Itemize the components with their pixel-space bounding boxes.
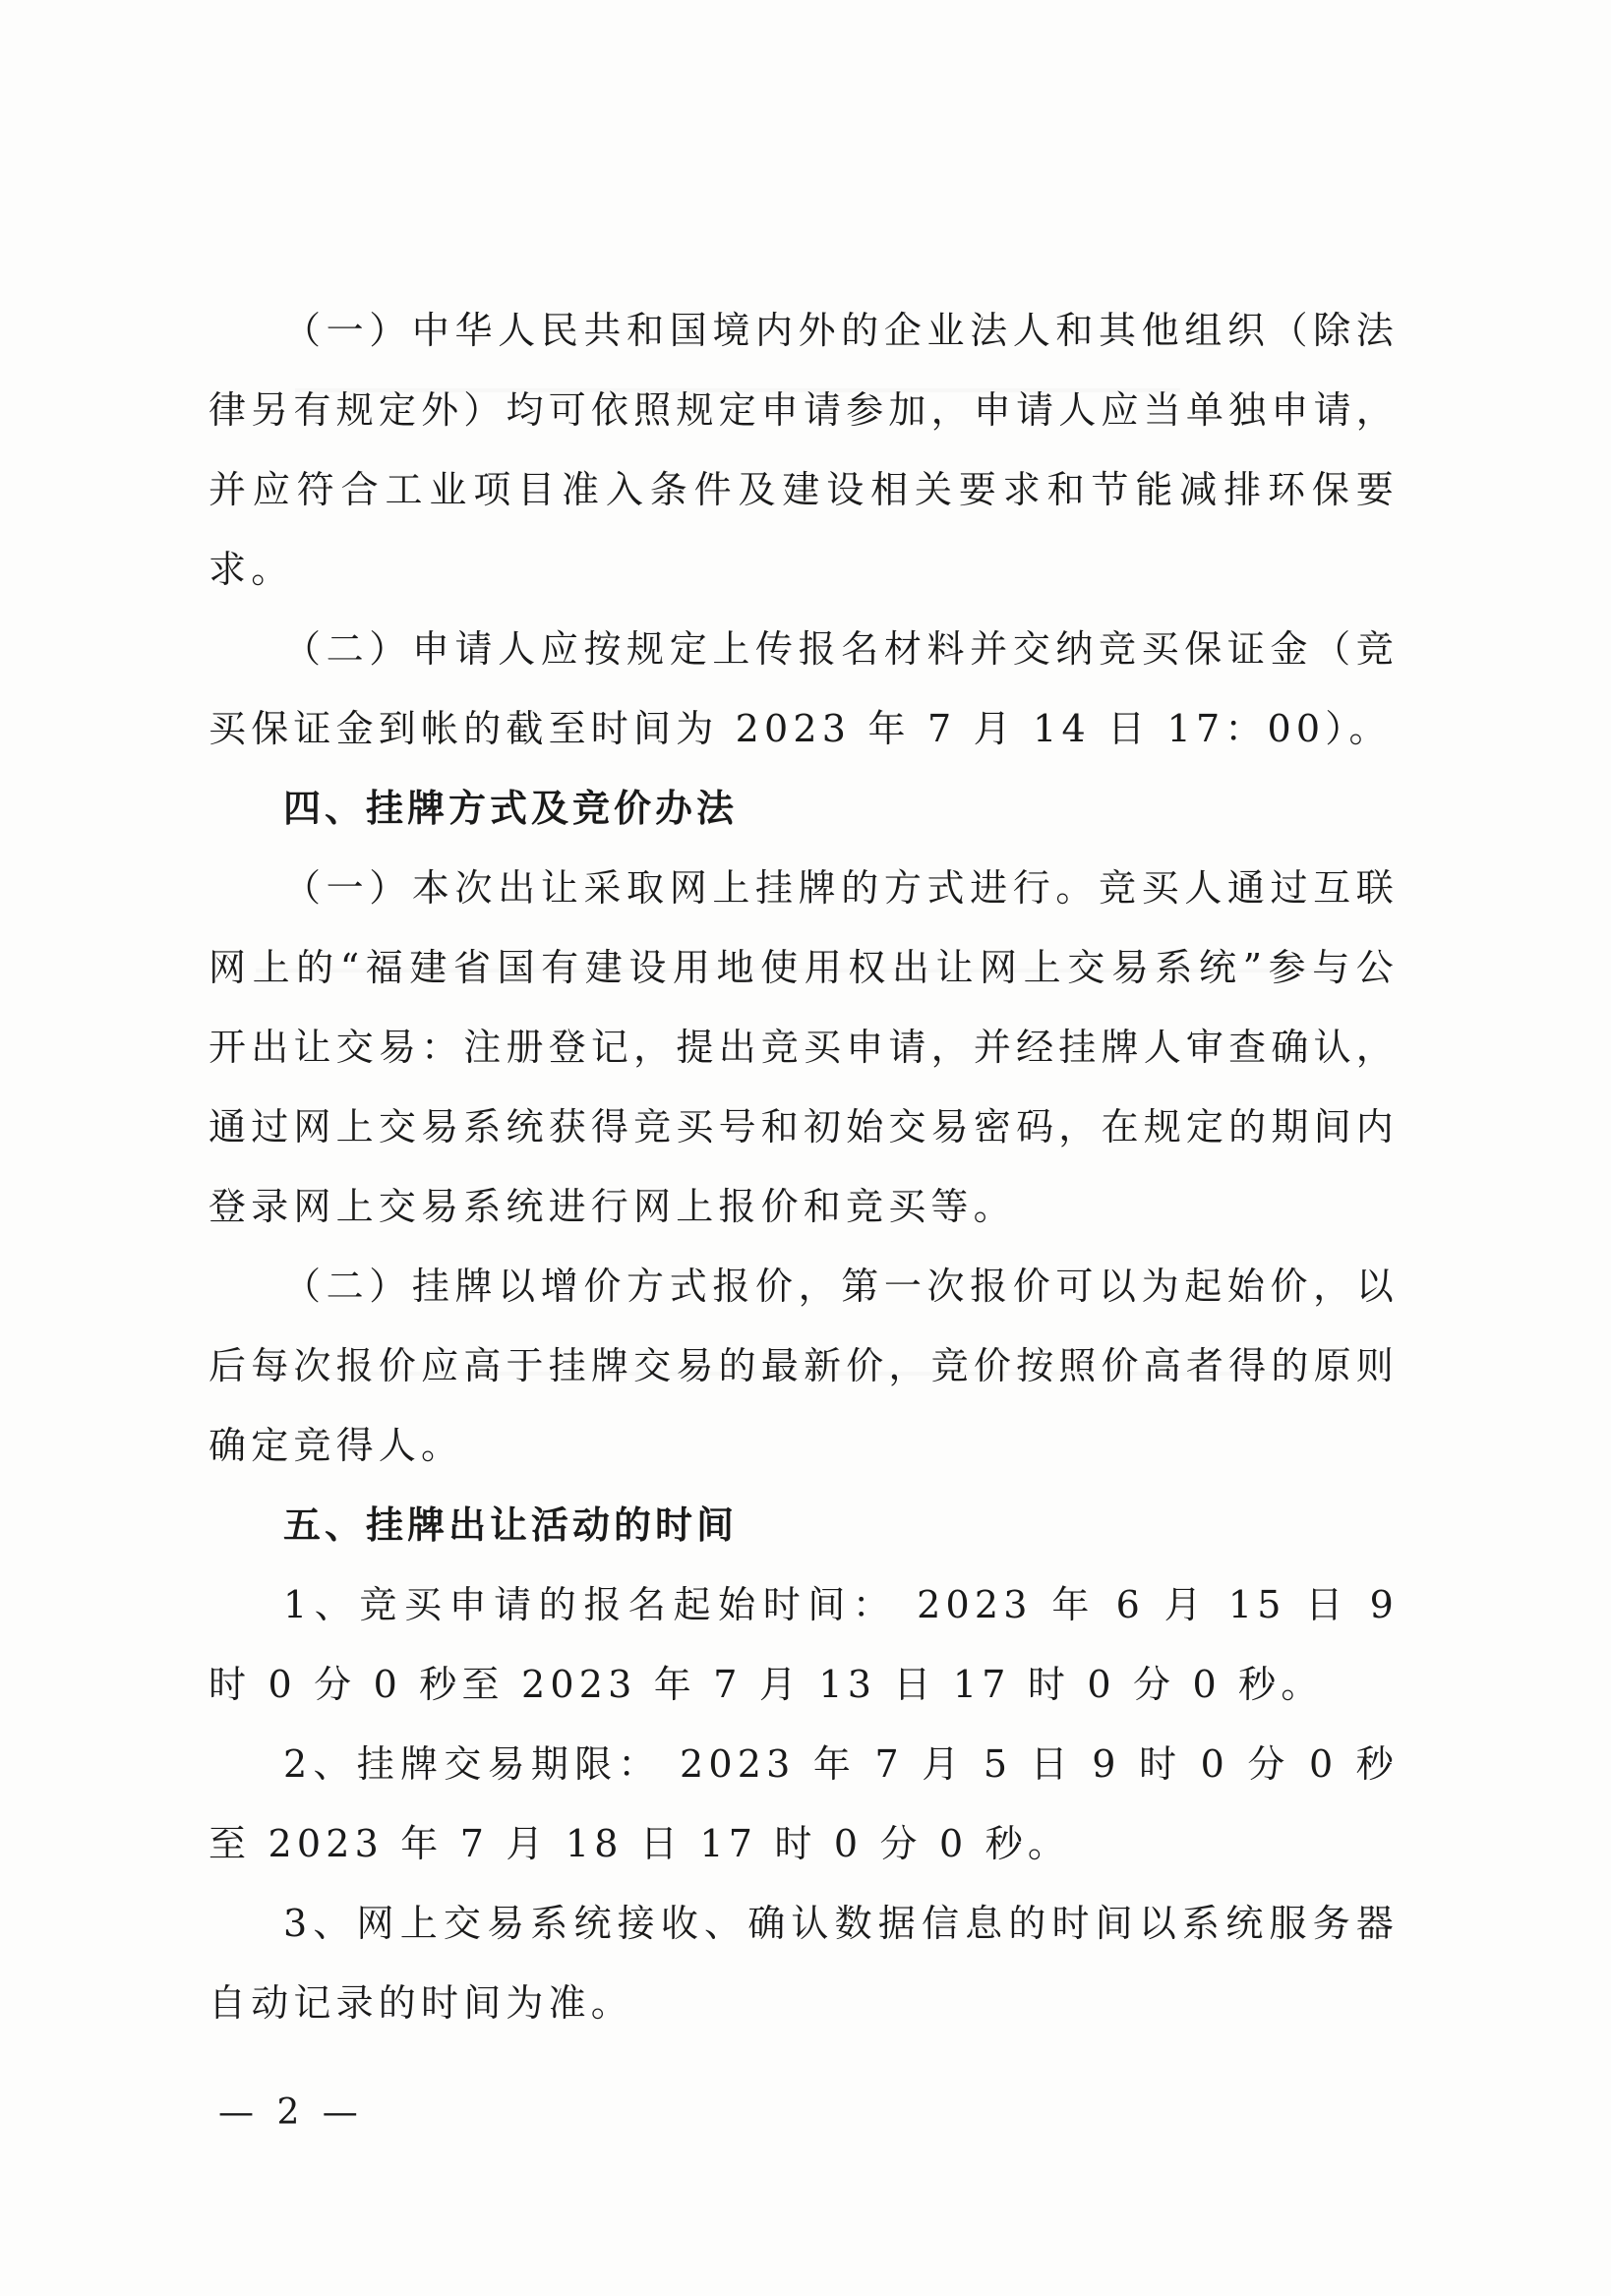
paragraph-server-time: 3、网上交易系统接收、确认数据信息的时间以系统服务器自动记录的时间为准。 <box>209 1884 1399 2043</box>
paragraph-bidding-rule: （二）挂牌以增价方式报价，第一次报价可以为起始价，以后每次报价应高于挂牌交易的最… <box>209 1247 1399 1486</box>
paragraph-deposit-deadline: （二）申请人应按规定上传报名材料并交纳竞买保证金（竞买保证金到帐的截至时间为 2… <box>209 610 1399 769</box>
paragraph-registration-period: 1、竞买申请的报名起始时间： 2023 年 6 月 15 日 9 时 0 分 0… <box>209 1565 1399 1725</box>
paragraph-applicant-eligibility: （一）中华人民共和国境内外的企业法人和其他组织（除法律另有规定外）均可依照规定申… <box>209 291 1399 610</box>
paragraph-online-listing: （一）本次出让采取网上挂牌的方式进行。竞买人通过互联网上的“福建省国有建设用地使… <box>209 849 1399 1247</box>
paragraph-listing-period: 2、挂牌交易期限： 2023 年 7 月 5 日 9 时 0 分 0 秒至 20… <box>209 1725 1399 1884</box>
section-heading-schedule: 五、挂牌出让活动的时间 <box>209 1486 1399 1565</box>
page-number: — 2 — <box>218 2092 364 2133</box>
section-heading-listing-method: 四、挂牌方式及竞价办法 <box>209 769 1399 849</box>
document-body: （一）中华人民共和国境内外的企业法人和其他组织（除法律另有规定外）均可依照规定申… <box>209 291 1399 2043</box>
document-page: （一）中华人民共和国境内外的企业法人和其他组织（除法律另有规定外）均可依照规定申… <box>0 0 1611 2296</box>
